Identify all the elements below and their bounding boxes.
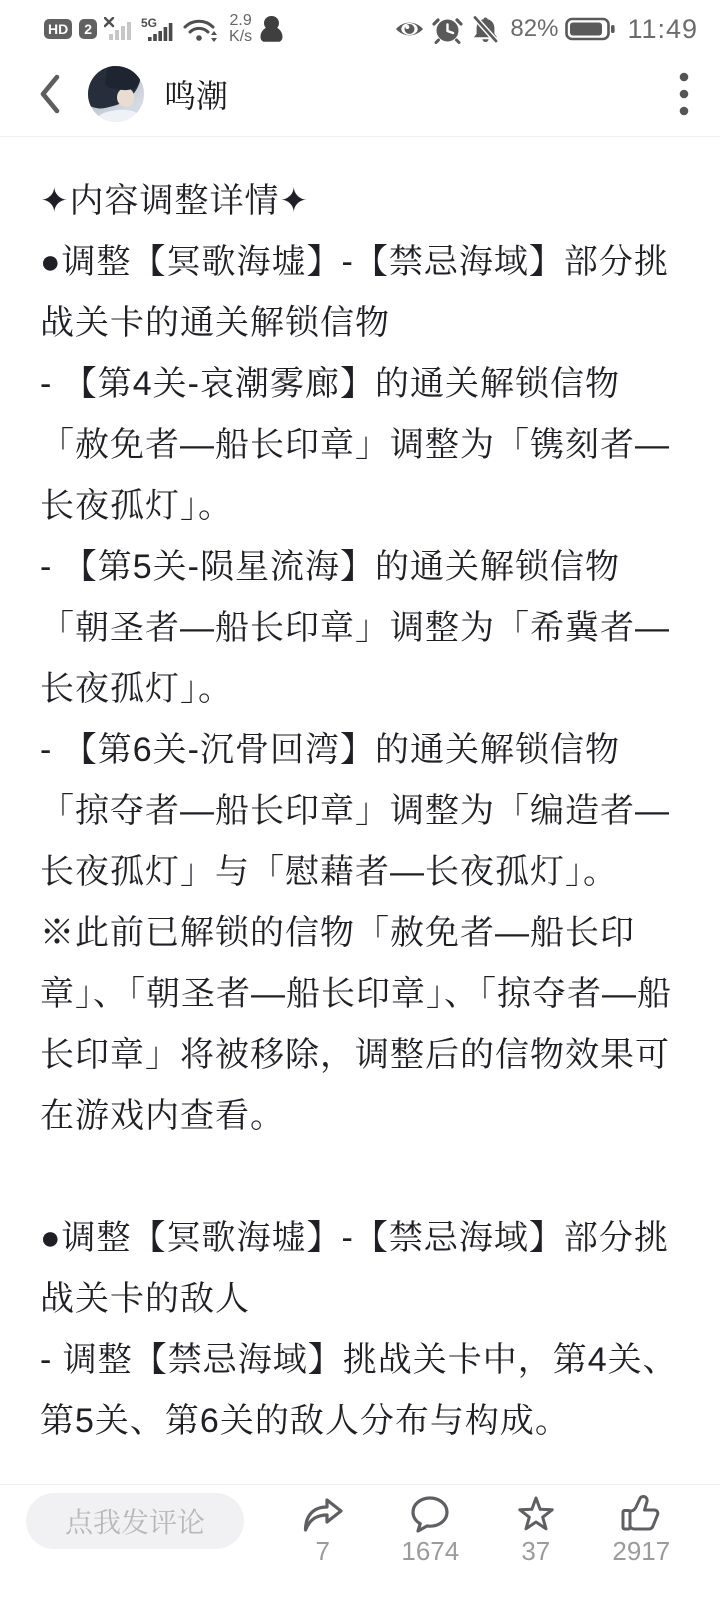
back-button[interactable] bbox=[36, 72, 64, 116]
alarm-clock-icon bbox=[432, 15, 463, 44]
comment-bubble-icon bbox=[409, 1493, 451, 1535]
qq-penguin-notification-icon bbox=[259, 15, 284, 43]
comment-count: 1674 bbox=[401, 1536, 459, 1566]
signal-sim1-no-service-icon bbox=[104, 17, 134, 41]
mute-bell-icon bbox=[470, 15, 501, 44]
page-title[interactable]: 鸣潮 bbox=[164, 71, 228, 117]
post-content: ✦内容调整详情✦ ●调整【冥歌海墟】-【禁忌海域】部分挑战关卡的通关解锁信物 -… bbox=[0, 137, 720, 1452]
network-speed: 2.9 K/s bbox=[229, 13, 252, 45]
chevron-left-icon bbox=[36, 72, 64, 116]
comment-action[interactable]: 1674 bbox=[401, 1493, 459, 1566]
network-speed-unit: K/s bbox=[229, 29, 252, 45]
hd-badge: HD bbox=[44, 19, 72, 39]
avatar-art bbox=[93, 107, 141, 122]
star-icon bbox=[515, 1493, 557, 1535]
avatar[interactable] bbox=[88, 66, 144, 122]
share-action[interactable]: 7 bbox=[300, 1493, 346, 1566]
favorite-action[interactable]: 37 bbox=[515, 1493, 557, 1566]
svg-text:5G: 5G bbox=[141, 16, 157, 30]
favorite-count: 37 bbox=[521, 1536, 550, 1566]
status-bar-left: HD 2 5G 2.9 K/s bbox=[44, 13, 284, 45]
wifi-icon bbox=[182, 15, 220, 43]
kebab-menu-icon bbox=[678, 69, 690, 119]
signal-sim2-5g-icon: 5G bbox=[141, 16, 175, 42]
network-speed-value: 2.9 bbox=[229, 13, 251, 29]
like-count: 2917 bbox=[612, 1536, 670, 1566]
status-bar-right: 82% 11:49 bbox=[394, 14, 698, 45]
header: 鸣潮 bbox=[0, 52, 720, 137]
eye-comfort-icon bbox=[394, 18, 425, 40]
status-bar: HD 2 5G 2.9 K/s bbox=[0, 0, 720, 52]
avatar-art bbox=[117, 88, 134, 107]
status-time: 11:49 bbox=[627, 14, 698, 45]
sim2-badge: 2 bbox=[79, 19, 97, 39]
action-bar: 7 1674 37 2917 bbox=[244, 1493, 720, 1566]
like-action[interactable]: 2917 bbox=[612, 1493, 670, 1566]
bottom-bar: 点我发评论 7 1674 37 2917 bbox=[0, 1484, 720, 1600]
battery-percent: 82% bbox=[510, 15, 558, 43]
share-count: 7 bbox=[316, 1536, 330, 1566]
battery-icon bbox=[565, 17, 616, 41]
more-options-button[interactable] bbox=[678, 69, 690, 119]
comment-input[interactable]: 点我发评论 bbox=[26, 1493, 244, 1549]
share-icon bbox=[300, 1493, 346, 1535]
thumbs-up-icon bbox=[619, 1493, 663, 1535]
